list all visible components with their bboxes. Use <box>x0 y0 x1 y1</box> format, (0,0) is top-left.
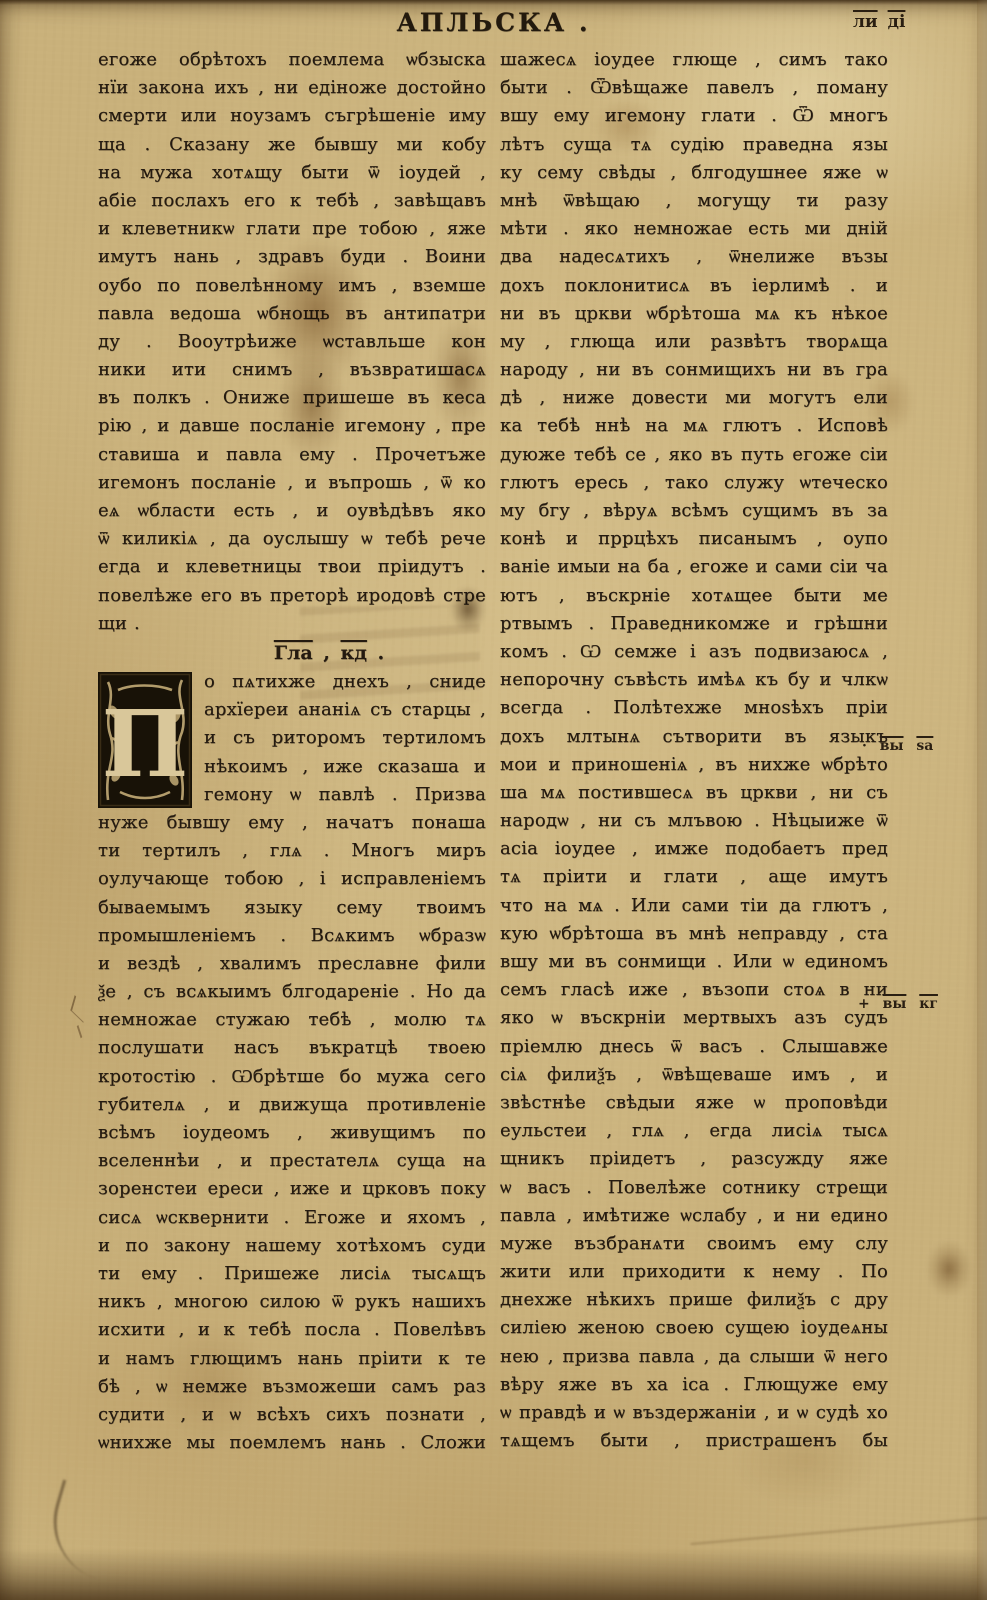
text-line: дохъ млтынѧ сътворити въ языкъ <box>500 723 888 751</box>
text-line: кротостію . Ѡбрѣтше бо мужа сего <box>98 1063 486 1091</box>
text-line: о пѧтихже днехъ , сниде <box>204 668 486 696</box>
text-line: всѣмъ іоудеомъ , живущимъ по <box>98 1119 486 1147</box>
text-line: и по закону нашему хотѣхомъ суди <box>98 1232 486 1260</box>
text-line: въ полкъ . Ониже пришеше въ кеса <box>98 384 486 412</box>
text-line: му , глюща или развѣтъ творѧща <box>500 328 888 356</box>
margin-note: · вы ѕа <box>862 738 941 754</box>
margin-note-ref: вы <box>883 996 907 1012</box>
text-line: абіе послахъ его к тебѣ , завѣщавъ <box>98 187 486 215</box>
text-line: щникъ пріидетъ , разсужду яже <box>500 1145 888 1173</box>
text-line: дохъ поклонитисѧ въ іерлимѣ . и <box>500 272 888 300</box>
text-line: вселеннѣи , и престателѧ суща на <box>98 1147 486 1175</box>
text-line: ѡ правдѣ и ѡ въздержаніи , и ѡ судѣ хо <box>500 1399 888 1427</box>
text-line: сисѧ ѡсквернити . Егоже и яхомъ , <box>98 1204 486 1232</box>
text-line: ѡ васъ . Повелѣже сотнику стрещи <box>500 1174 888 1202</box>
text-line: дѣ , ниже довести ми могутъ ели <box>500 384 888 412</box>
text-line: на мужа хотѧщу быти ѿ іоудей , <box>98 159 486 187</box>
page-top-edge <box>0 0 987 5</box>
text-line: ша мѧ постившесѧ въ цркви , ни съ <box>500 779 888 807</box>
text-line: ѡнихже мы поемлемъ нань . Сложи <box>98 1429 486 1457</box>
chapter-end: . <box>378 642 385 664</box>
text-line: павла , имѣтиже ѡслабу , и ни едино <box>500 1202 888 1230</box>
text-line: ти ему . Пришеже лисіѧ тысѧщъ <box>98 1260 486 1288</box>
text-line: еѧ ѡбласти есть , и оувѣдѣвъ яко <box>98 497 486 525</box>
book-page-scan: { "page": { "running_title": "АПЛЬСКА ."… <box>0 0 987 1600</box>
text-line: нею , призва павла , да слыши ѿ него <box>500 1343 888 1371</box>
text-line: вшу ми въ сонмищи . Или ѡ единомъ <box>500 948 888 976</box>
running-title: АПЛЬСКА . <box>0 8 987 37</box>
dropcap-letter: П <box>102 690 189 798</box>
text-line: мѣти . яко немножае есть ми дній <box>500 215 888 243</box>
text-line: му бгу , вѣруѧ всѣмъ сущимъ въ за <box>500 497 888 525</box>
text-line: тѧщемъ быти , пристрашенъ бы <box>500 1427 888 1455</box>
text-line: ти тертилъ , глѧ . Многъ миръ <box>98 837 486 865</box>
text-line: егоже обрѣтохъ поемлема ѡбзыска <box>98 46 486 74</box>
text-line: ставиша и павла ему . Прочетъже <box>98 441 486 469</box>
text-line: бываемымъ языку сему твоимъ <box>98 894 486 922</box>
text-line: ваніе имыи на ба , егоже и сами сіи ча <box>500 553 888 581</box>
text-line: повелѣже его въ преторѣ иродовѣ стре <box>98 582 486 610</box>
text-line: исхити , и к тебѣ посла . Повелѣвъ <box>98 1316 486 1344</box>
text-line: губителѧ , и движуща противленіе <box>98 1091 486 1119</box>
text-line: два надесѧтихъ , ѿнелиже възы <box>500 243 888 271</box>
chapter-word: Гла <box>274 642 313 664</box>
text-line: пріемлю днесь ѿ васъ . Слышавже <box>500 1033 888 1061</box>
text-line: никъ , многою силою ѿ рукъ нашихъ <box>98 1288 486 1316</box>
right-text-column: шажесѧ іоудее глюще , симъ такобыти . Ѿв… <box>500 46 888 1455</box>
text-line: рію , и давше посланіе игемону , пре <box>98 412 486 440</box>
pen-mark <box>66 1025 83 1047</box>
text-line: ѯе , съ всѧкыимъ блгодареніе . Но да <box>98 978 486 1006</box>
text-line: глютъ ересь , тако служу ѡтеческо <box>500 469 888 497</box>
text-line: промышленіемъ . Всѧкимъ ѡбразѡ <box>98 922 486 950</box>
text-line: всегда . Полѣтехже мноѕѣхъ пріи <box>500 694 888 722</box>
text-line: ютъ , въскрніе хотѧщее быти ме <box>500 582 888 610</box>
text-line: семъ гласѣ иже , възопи стоѧ в ни <box>500 976 888 1004</box>
pen-mark <box>70 995 87 1023</box>
text-line: и клеветникѡ глати пре тобою , яже <box>98 215 486 243</box>
text-line: мнѣ ѿвѣщаю , могущу ти разу <box>500 187 888 215</box>
text-line: силіею женою своею сущею іоудеѧны <box>500 1314 888 1342</box>
text-line: и намъ глющимъ нань пріити к те <box>98 1345 486 1373</box>
text-line: ѿ киликіѧ , да оуслышу ѡ тебѣ рече <box>98 525 486 553</box>
text-line: и съ риторомъ тертиломъ <box>204 724 486 752</box>
chapter-sep: , <box>323 642 330 664</box>
folio-mark-left: ли <box>853 12 878 32</box>
dropcap-section: П о пѧтихже днехъ , снидеархїереи ананіѧ… <box>98 668 486 809</box>
stain <box>926 1240 972 1298</box>
text-line: непорочну съвѣсть имѣѧ къ бу и члкѡ <box>500 666 888 694</box>
text-line: бѣ , ѡ немже възможеши самъ раз <box>98 1373 486 1401</box>
text-line: дуюже тебѣ се , яко въ путь егоже сіи <box>500 441 888 469</box>
margin-note-number: кг <box>919 996 938 1012</box>
text-line: вѣру яже въ ха іса . Глющуже ему <box>500 1371 888 1399</box>
text-line: конѣ и пррцѣхъ писанымъ , оупо <box>500 525 888 553</box>
text-line: послушати насъ въкратцѣ твоею <box>98 1034 486 1062</box>
text-line: народу , ни въ сонмищихъ ни въ гра <box>500 356 888 384</box>
text-line: муже възбранѧти своимъ ему слу <box>500 1230 888 1258</box>
text-line: егда и клеветницы твои пріидутъ . <box>98 553 486 581</box>
text-line: павла ведоша ѡбнощь въ антипатри <box>98 300 486 328</box>
left-column-lower-lines: нуже бывшу ему , начатъ понашати тертилъ… <box>98 809 486 1457</box>
text-line: имутъ нань , здравъ буди . Воини <box>98 243 486 271</box>
text-line: жити или приходити к нему . По <box>500 1258 888 1286</box>
text-line: архїереи ананіѧ съ старцы , <box>204 696 486 724</box>
text-line: ртвымъ . Праведникомже и грѣшни <box>500 610 888 638</box>
left-column-upper-lines: егоже обрѣтохъ поемлема ѡбзысканїи закон… <box>98 46 486 610</box>
text-line: ни въ цркви ѡбрѣтоша мѧ къ нѣкое <box>500 300 888 328</box>
folio-mark-right: ді <box>888 12 906 32</box>
text-line: нѣкоимъ , иже сказаша и <box>204 753 486 781</box>
text-line: ку сему свѣды , блгодушнее яже ѡ <box>500 159 888 187</box>
text-line: ка тебѣ ннѣ на мѧ глютъ . Исповѣ <box>500 412 888 440</box>
margin-note: + вы кг <box>858 996 946 1012</box>
margin-note-ref: вы <box>880 738 904 754</box>
text-line: яко ѡ въскрніи мертвыхъ азъ судъ <box>500 1004 888 1032</box>
text-line: игемонъ посланіе , и въпрошь , ѿ ко <box>98 469 486 497</box>
text-line: звѣстнѣе свѣдыи яже ѡ проповѣди <box>500 1089 888 1117</box>
text-line: гемону ѡ павлѣ . Призва <box>204 781 486 809</box>
text-line: зоренстеи ереси , иже и црковъ поку <box>98 1175 486 1203</box>
page-corner-curl <box>40 1480 134 1583</box>
text-line: ду . Вооутрѣиже ѡставльше кон <box>98 328 486 356</box>
text-line: ники ити снимъ , възвратишасѧ <box>98 356 486 384</box>
text-line: судити , и ѡ всѣхъ сихъ познати , <box>98 1401 486 1429</box>
text-line: тѧ пріити и глати , аще имутъ <box>500 863 888 891</box>
left-text-column: егоже обрѣтохъ поемлема ѡбзысканїи закон… <box>98 46 486 1457</box>
text-line: щи . <box>98 610 486 638</box>
page-crease <box>690 1517 987 1545</box>
text-line: народѡ , ни съ млъвою . Нѣцыиже ѿ <box>500 807 888 835</box>
dropcap-adjacent-lines: о пѧтихже днехъ , снидеархїереи ананіѧ с… <box>204 668 486 809</box>
page-right-edge <box>977 0 987 1600</box>
folio-marks: лиді <box>853 12 915 32</box>
text-line: оубо по повелѣнному имъ , вземше <box>98 272 486 300</box>
right-column-lines: шажесѧ іоудее глюще , симъ такобыти . Ѿв… <box>500 46 888 1455</box>
text-line: комъ . Ѡ семже і азъ подвизаюсѧ , <box>500 638 888 666</box>
text-line: что на мѧ . Или сами тіи да глютъ , <box>500 892 888 920</box>
text-line: ща . Сказану же бывшу ми кобу <box>98 131 486 159</box>
margin-note-mark: · <box>862 738 867 754</box>
chapter-heading: Гла , кд . <box>98 638 486 668</box>
text-line: лѣтъ суща тѧ судію праведна язы <box>500 131 888 159</box>
text-line: оулучающе тобою , і исправленіемъ <box>98 865 486 893</box>
margin-note-number: ѕа <box>916 738 933 754</box>
text-line: еульстеи , глѧ , егда лисіѧ тысѧ <box>500 1117 888 1145</box>
text-line: вшу ему игемону глати . Ѿ многъ <box>500 102 888 130</box>
text-line: смерти или ноузамъ съгрѣшеніе иму <box>98 102 486 130</box>
text-line: сіѧ филиѯъ , ѿвѣщеваше имъ , и <box>500 1061 888 1089</box>
text-line: асіа іоудее , имже подобаетъ пред <box>500 835 888 863</box>
text-line: нїи закона ихъ , ни едіноже достойно <box>98 74 486 102</box>
text-line: днехже нѣкихъ прише филиѯъ с дру <box>500 1286 888 1314</box>
woodcut-initial: П <box>98 672 192 808</box>
text-line: быти . Ѿвѣщаже павелъ , поману <box>500 74 888 102</box>
text-line: мои и приношеніѧ , въ нихже ѡбрѣто <box>500 751 888 779</box>
text-line: шажесѧ іоудее глюще , симъ тако <box>500 46 888 74</box>
text-line: и вездѣ , хвалимъ преславне фили <box>98 950 486 978</box>
text-line: кую ѡбрѣтоша въ мнѣ неправду , ста <box>500 920 888 948</box>
text-line: немножае стужаю тебѣ , молю тѧ <box>98 1006 486 1034</box>
chapter-number: кд <box>341 642 367 664</box>
page-bottom-shadow <box>0 1548 987 1600</box>
text-line: нуже бывшу ему , начатъ понаша <box>98 809 486 837</box>
margin-note-mark: + <box>858 996 870 1012</box>
